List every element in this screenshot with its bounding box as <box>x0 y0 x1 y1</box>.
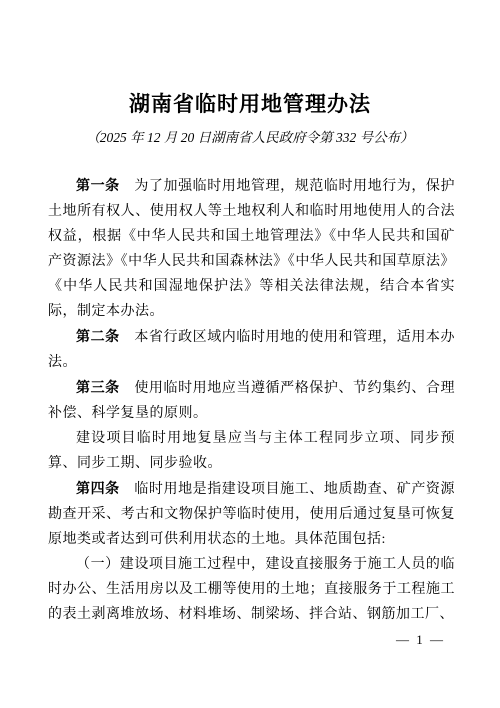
paragraph-text: 建设项目临时用地复垦应当与主体工程同步立项、同步预算、同步工期、同步验收。 <box>48 431 455 471</box>
paragraph-text: 为了加强临时用地管理，规范临时用地行为，保护土地所有权人、使用权人等土地权利人和… <box>48 179 455 319</box>
paragraph: （一）建设项目施工过程中，建设直接服务于施工人员的临时办公、生活用房以及工棚等使… <box>48 552 455 627</box>
paragraph: 建设项目临时用地复垦应当与主体工程同步立项、同步预算、同步工期、同步验收。 <box>48 426 455 476</box>
page-number: — 1 — <box>396 632 445 648</box>
document-subtitle: （2025 年 12 月 20 日湖南省人民政府令第 332 号公布） <box>0 128 500 147</box>
paragraph-text: （一）建设项目施工过程中，建设直接服务于施工人员的临时办公、生活用房以及工棚等使… <box>48 557 455 622</box>
article-label: 第二条 <box>76 328 120 344</box>
paragraph: 第一条 为了加强临时用地管理，规范临时用地行为，保护土地所有权人、使用权人等土地… <box>48 173 455 324</box>
document-title: 湖南省临时用地管理办法 <box>0 0 500 119</box>
document-body: 第一条 为了加强临时用地管理，规范临时用地行为，保护土地所有权人、使用权人等土地… <box>48 173 455 627</box>
article-label: 第三条 <box>76 379 120 395</box>
document-page: 湖南省临时用地管理办法 （2025 年 12 月 20 日湖南省人民政府令第 3… <box>0 0 500 708</box>
article-label: 第四条 <box>76 480 120 496</box>
paragraph: 第三条 使用临时用地应当遵循严格保护、节约集约、合理补偿、科学复垦的原则。 <box>48 375 455 426</box>
paragraph: 第二条 本省行政区域内临时用地的使用和管理，适用本办法。 <box>48 324 455 375</box>
article-label: 第一条 <box>76 177 120 193</box>
paragraph: 第四条 临时用地是指建设项目施工、地质勘查、矿产资源勘查开采、考古和文物保护等临… <box>48 476 455 552</box>
